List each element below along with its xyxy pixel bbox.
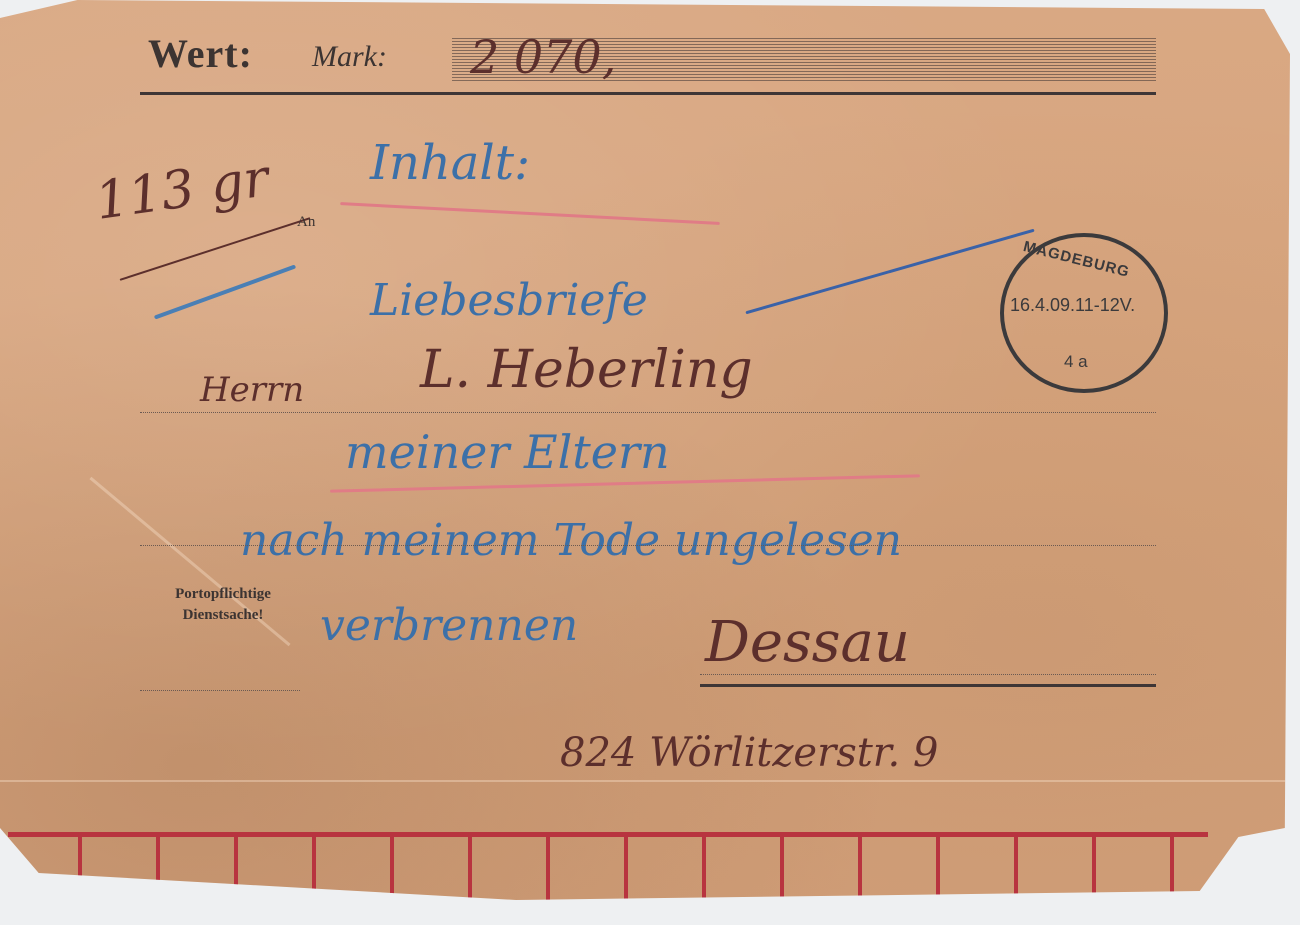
fold-line	[0, 780, 1290, 782]
recipient-city: Dessau	[705, 610, 910, 675]
printed-notice-line-2: Dienstsache!	[128, 605, 318, 626]
printed-notice-line-1: Portopflichtige	[128, 584, 318, 605]
address-dotted-line-2	[140, 545, 1156, 546]
weight-note: 113 gr	[92, 148, 273, 232]
address-dotted-line-3	[140, 690, 300, 691]
content-line-2: meiner Eltern	[345, 425, 670, 479]
recipient-address: 824 Wörlitzerstr. 9	[560, 730, 938, 776]
printed-notice: Portopflichtige Dienstsache!	[128, 584, 318, 626]
city-dotted-line	[700, 674, 1156, 675]
envelope: Wert: Mark: 2 070, 113 gr An Inhalt: Lie…	[0, 0, 1290, 900]
header-rule	[140, 92, 1156, 95]
postmark-date: 16.4.09.11-12V.	[1010, 295, 1135, 316]
recipient-salutation: Herrn	[200, 370, 304, 410]
red-thread-stitching	[8, 832, 1208, 910]
an-label: An	[297, 214, 315, 231]
postmark-code: 4 a	[1064, 352, 1088, 372]
recipient-name: L. Heberling	[420, 340, 753, 400]
postmark-city: MAGDEBURG	[1022, 238, 1132, 281]
wert-label: Wert:	[148, 30, 253, 77]
city-rule	[700, 684, 1156, 687]
red-underline	[340, 202, 720, 225]
content-line-1: Liebesbriefe	[370, 275, 648, 326]
postmark-stamp: MAGDEBURG 16.4.09.11-12V. 4 a	[1000, 233, 1168, 393]
value-handwritten: 2 070,	[470, 30, 616, 84]
blue-strike-stroke	[745, 229, 1034, 315]
blue-mark-stroke	[154, 264, 296, 319]
content-line-4: verbrennen	[320, 600, 578, 651]
content-line-3: nach meinem Tode ungelesen	[240, 515, 902, 566]
content-title: Inhalt:	[370, 135, 530, 191]
mark-label: Mark:	[312, 40, 387, 74]
address-dotted-line-1	[140, 412, 1156, 413]
